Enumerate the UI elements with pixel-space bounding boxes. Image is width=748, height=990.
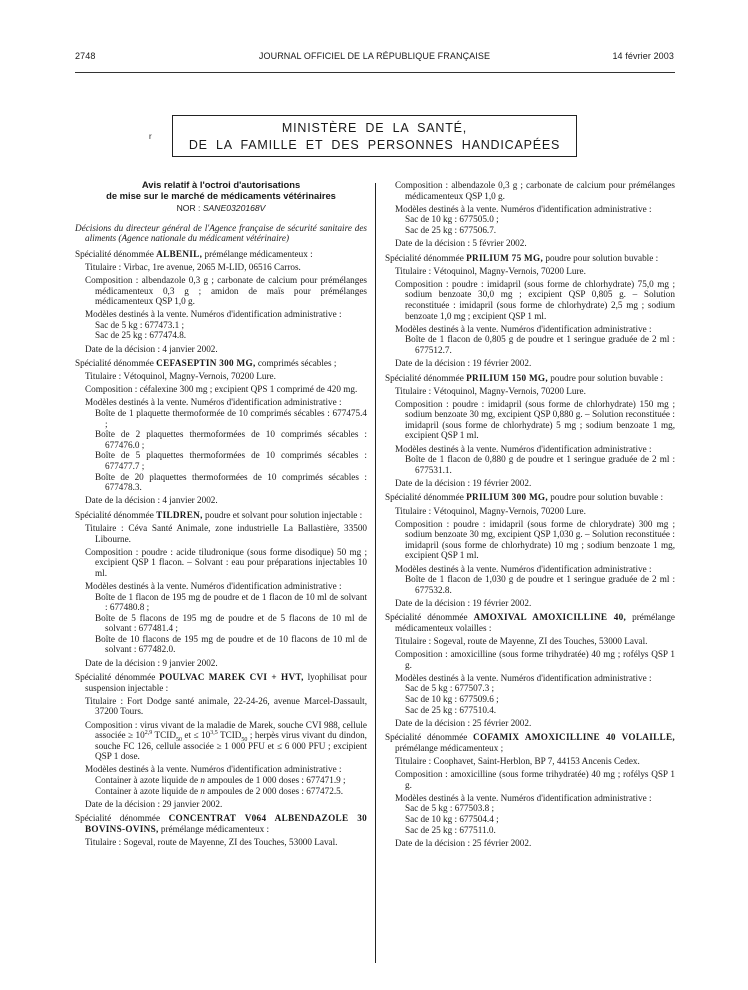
text-fragment: comprimés sécables ; — [258, 358, 337, 368]
product-entry-continued: Composition : albendazole 0,3 g ; carbon… — [385, 180, 675, 249]
model-item: Sac de 25 kg : 677511.0. — [405, 825, 675, 836]
notice-title-line-2: de mise sur le marché de médicaments vét… — [75, 190, 367, 201]
decision-date: Date de la décision : 19 février 2002. — [395, 598, 675, 609]
text-fragment: Date de la décision : — [395, 238, 470, 248]
text-fragment: Date de la décision : — [85, 658, 160, 668]
model-item: Boîte de 1 flacon de 1,030 g de poudre e… — [405, 574, 675, 595]
text-fragment: TCID — [152, 730, 176, 740]
text-fragment: ampoules de 2 000 doses : 677472.5. — [205, 786, 343, 796]
composition: Composition : amoxicilline (sous forme t… — [395, 649, 675, 670]
models-heading: Modèles destinés à la vente. Numéros d'i… — [395, 564, 675, 575]
composition: Composition : poudre : imidapril (sous f… — [395, 519, 675, 561]
product-entry: Spécialité dénommée ALBENIL, prémélange … — [75, 249, 367, 354]
titulaire: Titulaire : Vétoquinol, Magny-Vernois, 7… — [395, 386, 675, 397]
product-name: PRILIUM 300 MG, — [466, 492, 548, 502]
text-fragment: et ≤ 10 — [182, 730, 210, 740]
product-entry: Spécialité dénommée PRILIUM 75 MG, poudr… — [385, 253, 675, 369]
decision-date: Date de la décision : 9 janvier 2002. — [85, 658, 367, 669]
text-fragment: Vétoquinol, Magny-Vernois, 70200 Lure. — [433, 266, 586, 276]
text-fragment: prémélange médicamenteux : — [205, 249, 313, 259]
model-item: Container à azote liquide de n ampoules … — [95, 786, 367, 797]
composition: Composition : albendazole 0,3 g ; carbon… — [395, 180, 675, 201]
text-fragment: Container à azote liquide de — [95, 786, 200, 796]
model-item: Sac de 25 kg : 677474.8. — [95, 330, 367, 341]
text-fragment: céfalexine 300 mg ; excipient QPS 1 comp… — [140, 384, 358, 394]
text-fragment: Composition : — [85, 384, 137, 394]
text-fragment: Composition : — [395, 519, 449, 529]
text-fragment: Titulaire : — [85, 371, 121, 381]
product-name: CEFASEPTIN 300 MG, — [156, 358, 255, 368]
text-fragment: 25 février 2002. — [472, 718, 531, 728]
text-fragment: Composition : — [85, 547, 138, 557]
text-fragment: prémélange médicamenteux : — [161, 824, 269, 834]
text-fragment: Date de la décision : — [85, 495, 160, 505]
text-fragment: 29 janvier 2002. — [162, 799, 222, 809]
product-entry: Spécialité dénommée AMOXIVAL AMOXICILLIN… — [385, 612, 675, 728]
composition: Composition : poudre : acide tiludroniqu… — [85, 547, 367, 579]
text-fragment: Date de la décision : — [85, 344, 160, 354]
model-item: Sac de 5 kg : 677507.3 ; — [405, 683, 675, 694]
nor-reference: NOR : SANE0320168V — [75, 203, 367, 214]
text-fragment: Composition : — [395, 180, 448, 190]
text-fragment: 19 février 2002. — [472, 478, 531, 488]
models-heading: Modèles destinés à la vente. Numéros d'i… — [395, 793, 675, 804]
text-fragment: Titulaire : — [395, 506, 431, 516]
product-heading: Spécialité dénommée ALBENIL, prémélange … — [75, 249, 367, 260]
column-separator — [375, 183, 376, 963]
model-item: Sac de 25 kg : 677510.4. — [405, 705, 675, 716]
ministry-heading-box: MINISTÈRE DE LA SANTÉ, DE LA FAMILLE ET … — [172, 115, 577, 157]
model-item: Sac de 10 kg : 677509.6 ; — [405, 694, 675, 705]
text-fragment: Spécialité dénommée — [75, 813, 160, 823]
product-name: POULVAC MAREK CVI + HVT, — [159, 672, 304, 682]
text-fragment: Titulaire : — [85, 523, 124, 533]
models-heading: Modèles destinés à la vente. Numéros d'i… — [85, 581, 367, 592]
product-heading: Spécialité dénommée COFAMIX AMOXICILLINE… — [385, 732, 675, 753]
ministry-line-1: MINISTÈRE DE LA SANTÉ, — [173, 120, 576, 137]
text-fragment: Spécialité dénommée — [75, 510, 154, 520]
text-fragment: Composition : — [395, 769, 448, 779]
ministry-line-2: DE LA FAMILLE ET DES PERSONNES HANDICAPÉ… — [173, 137, 576, 154]
text-fragment: Date de la décision : — [395, 598, 470, 608]
composition: Composition : amoxicilline (sous forme t… — [395, 769, 675, 790]
text-fragment: Céva Santé Animale, zone industrielle La… — [95, 523, 367, 544]
titulaire: Titulaire : Vétoquinol, Magny-Vernois, 7… — [395, 506, 675, 517]
text-fragment: 9 janvier 2002. — [162, 658, 217, 668]
header-rule — [75, 72, 675, 73]
text-fragment: 19 février 2002. — [472, 358, 531, 368]
text-fragment: Date de la décision : — [395, 718, 470, 728]
text-fragment: Titulaire : — [85, 837, 121, 847]
product-heading: Spécialité dénommée PRILIUM 150 MG, poud… — [385, 373, 675, 384]
text-fragment: poudre et solvant pour solution injectab… — [205, 510, 362, 520]
text-fragment: TCID — [218, 730, 242, 740]
composition: Composition : poudre : imidapril (sous f… — [395, 279, 675, 321]
product-heading: Spécialité dénommée AMOXIVAL AMOXICILLIN… — [385, 612, 675, 633]
notice-title-line-1: Avis relatif à l'octroi d'autorisations — [75, 179, 367, 190]
composition: Composition : virus vivant de la maladie… — [85, 720, 367, 762]
text-fragment: poudre pour solution buvable : — [545, 253, 658, 263]
model-item: Sac de 10 kg : 677505.0 ; — [405, 214, 675, 225]
product-heading: Spécialité dénommée TILDREN, poudre et s… — [75, 510, 367, 521]
text-fragment: Coophavet, Saint-Herblon, BP 7, 44153 An… — [433, 756, 639, 766]
left-column: Avis relatif à l'octroi d'autorisations … — [75, 179, 367, 848]
text-fragment: Sogeval, route de Mayenne, ZI des Touche… — [123, 837, 337, 847]
model-item: Sac de 5 kg : 677473.1 ; — [95, 320, 367, 331]
nor-code: SANE0320168V — [203, 203, 266, 213]
models-heading: Modèles destinés à la vente. Numéros d'i… — [395, 673, 675, 684]
text-fragment: 19 février 2002. — [472, 598, 531, 608]
text-fragment: Composition : — [395, 279, 449, 289]
titulaire: Titulaire : Sogeval, route de Mayenne, Z… — [85, 837, 367, 848]
nor-label: NOR : — [177, 203, 201, 213]
model-item: Boîte de 2 plaquettes thermoformées de 1… — [95, 429, 367, 450]
text-fragment: Spécialité dénommée — [385, 373, 464, 383]
text-fragment: Date de la décision : — [395, 838, 470, 848]
composition: Composition : albendazole 0,3 g ; carbon… — [85, 275, 367, 307]
text-fragment: Spécialité dénommée — [385, 253, 464, 263]
product-entry: Spécialité dénommée CONCENTRAT V064 ALBE… — [75, 813, 367, 847]
text-fragment: Titulaire : — [395, 266, 431, 276]
text-fragment: Composition : — [85, 275, 138, 285]
titulaire: Titulaire : Coophavet, Saint-Herblon, BP… — [395, 756, 675, 767]
composition: Composition : céfalexine 300 mg ; excipi… — [85, 384, 367, 395]
text-fragment: Spécialité dénommée — [75, 672, 155, 682]
text-fragment: Spécialité dénommée — [75, 249, 154, 259]
text-fragment: Vétoquinol, Magny-Vernois, 70200 Lure. — [433, 506, 586, 516]
product-name: PRILIUM 150 MG, — [466, 373, 548, 383]
models-heading: Modèles destinés à la vente. Numéros d'i… — [85, 309, 367, 320]
product-heading: Spécialité dénommée CEFASEPTIN 300 MG, c… — [75, 358, 367, 369]
product-name: COFAMIX AMOXICILLINE 40 VOLAILLE, — [473, 732, 675, 742]
model-item: Boîte de 5 plaquettes thermoformées de 1… — [95, 450, 367, 471]
text-fragment: Titulaire : — [395, 386, 431, 396]
text-fragment: Composition : — [395, 649, 448, 659]
running-header: 2748 JOURNAL OFFICIEL DE LA RÉPUBLIQUE F… — [75, 51, 674, 65]
model-item: Sac de 5 kg : 677503.8 ; — [405, 803, 675, 814]
scan-artifact: r — [149, 132, 152, 141]
text-fragment: ampoules de 1 000 doses : 677471.9 ; — [205, 775, 346, 785]
product-entry: Spécialité dénommée COFAMIX AMOXICILLINE… — [385, 732, 675, 848]
issue-date: 14 février 2003 — [612, 51, 674, 61]
model-item: Boîte de 10 flacons de 195 mg de poudre … — [95, 634, 367, 655]
product-name: ALBENIL, — [156, 249, 202, 259]
decision-date: Date de la décision : 4 janvier 2002. — [85, 344, 367, 355]
decisions-intro: Décisions du directeur général de l'Agen… — [75, 223, 367, 244]
product-entry: Spécialité dénommée PRILIUM 150 MG, poud… — [385, 373, 675, 489]
model-item: Boîte de 1 flacon de 0,805 g de poudre e… — [405, 334, 675, 355]
models-heading: Modèles destinés à la vente. Numéros d'i… — [85, 764, 367, 775]
text-fragment: Titulaire : — [395, 636, 431, 646]
models-heading: Modèles destinés à la vente. Numéros d'i… — [395, 324, 675, 335]
text-fragment: Composition : — [395, 399, 449, 409]
composition: Composition : poudre : imidapril (sous f… — [395, 399, 675, 441]
model-item: Sac de 10 kg : 677504.4 ; — [405, 814, 675, 825]
titulaire: Titulaire : Virbac, 1re avenue, 2065 M-L… — [85, 262, 367, 273]
text-fragment: Date de la décision : — [395, 358, 470, 368]
model-item: Boîte de 20 plaquettes thermoformées de … — [95, 472, 367, 493]
decision-date: Date de la décision : 19 février 2002. — [395, 358, 675, 369]
text-fragment: Spécialité dénommée — [385, 492, 464, 502]
models-heading: Modèles destinés à la vente. Numéros d'i… — [85, 397, 367, 408]
text-fragment: Date de la décision : — [85, 799, 160, 809]
product-entry: Spécialité dénommée TILDREN, poudre et s… — [75, 510, 367, 668]
text-fragment: 5 février 2002. — [472, 238, 526, 248]
titulaire: Titulaire : Céva Santé Animale, zone ind… — [85, 523, 367, 544]
product-name: AMOXIVAL AMOXICILLINE 40, — [474, 612, 626, 622]
decision-date: Date de la décision : 25 février 2002. — [395, 718, 675, 729]
text-fragment: Date de la décision : — [395, 478, 470, 488]
notice-title: Avis relatif à l'octroi d'autorisations … — [75, 179, 367, 201]
models-heading: Modèles destinés à la vente. Numéros d'i… — [395, 444, 675, 455]
product-name: TILDREN, — [156, 510, 203, 520]
text-fragment: Titulaire : — [85, 696, 123, 706]
product-heading: Spécialité dénommée POULVAC MAREK CVI + … — [75, 672, 367, 693]
model-item: Boîte de 5 flacons de 195 mg de poudre e… — [95, 613, 367, 634]
product-name: PRILIUM 75 MG, — [466, 253, 543, 263]
text-fragment: poudre pour solution buvable : — [550, 373, 663, 383]
product-heading: Spécialité dénommée CONCENTRAT V064 ALBE… — [75, 813, 367, 834]
right-column: Composition : albendazole 0,3 g ; carbon… — [385, 180, 675, 851]
model-item: Boîte de 1 flacon de 0,880 g de poudre e… — [405, 454, 675, 475]
text-fragment: Vétoquinol, Magny-Vernois, 70200 Lure. — [433, 386, 586, 396]
decision-date: Date de la décision : 25 février 2002. — [395, 838, 675, 849]
model-item: Boîte de 1 flacon de 195 mg de poudre et… — [95, 592, 367, 613]
text-fragment: Container à azote liquide de — [95, 775, 200, 785]
text-fragment: Spécialité dénommée — [385, 612, 468, 622]
model-item: Container à azote liquide de n ampoules … — [95, 775, 367, 786]
text-fragment: 3,5 — [210, 730, 218, 736]
model-item: Boîte de 1 plaquette thermoformée de 10 … — [95, 408, 367, 429]
text-fragment: 4 janvier 2002. — [162, 344, 217, 354]
titulaire: Titulaire : Vétoquinol, Magny-Vernois, 7… — [85, 371, 367, 382]
decision-date: Date de la décision : 29 janvier 2002. — [85, 799, 367, 810]
text-fragment: prémélange médicamenteux ; — [395, 743, 503, 753]
models-heading: Modèles destinés à la vente. Numéros d'i… — [395, 204, 675, 215]
text-fragment: 25 février 2002. — [472, 838, 531, 848]
product-entry: Spécialité dénommée CEFASEPTIN 300 MG, c… — [75, 358, 367, 506]
text-fragment: Titulaire : — [395, 756, 431, 766]
titulaire: Titulaire : Fort Dodge santé animale, 22… — [85, 696, 367, 717]
text-fragment: 4 janvier 2002. — [162, 495, 217, 505]
text-fragment: Titulaire : — [85, 262, 121, 272]
decision-date: Date de la décision : 4 janvier 2002. — [85, 495, 367, 506]
decision-date: Date de la décision : 19 février 2002. — [395, 478, 675, 489]
text-fragment: Vétoquinol, Magny-Vernois, 70200 Lure. — [123, 371, 276, 381]
model-item: Sac de 25 kg : 677506.7. — [405, 225, 675, 236]
product-entry: Spécialité dénommée PRILIUM 300 MG, poud… — [385, 492, 675, 608]
text-fragment: Virbac, 1re avenue, 2065 M-LID, 06516 Ca… — [123, 262, 301, 272]
decision-date: Date de la décision : 5 février 2002. — [395, 238, 675, 249]
product-heading: Spécialité dénommée PRILIUM 300 MG, poud… — [385, 492, 675, 503]
titulaire: Titulaire : Sogeval, route de Mayenne, Z… — [395, 636, 675, 647]
text-fragment: Composition : — [85, 720, 137, 730]
text-fragment: poudre pour solution buvable : — [550, 492, 663, 502]
journal-title: JOURNAL OFFICIEL DE LA RÉPUBLIQUE FRANÇA… — [75, 51, 674, 61]
text-fragment: Sogeval, route de Mayenne, ZI des Touche… — [433, 636, 647, 646]
product-entry: Spécialité dénommée POULVAC MAREK CVI + … — [75, 672, 367, 809]
text-fragment: Fort Dodge santé animale, 22-24-26, aven… — [95, 696, 367, 717]
text-fragment: Spécialité dénommée — [75, 358, 154, 368]
product-heading: Spécialité dénommée PRILIUM 75 MG, poudr… — [385, 253, 675, 264]
titulaire: Titulaire : Vétoquinol, Magny-Vernois, 7… — [395, 266, 675, 277]
text-fragment: Spécialité dénommée — [385, 732, 467, 742]
